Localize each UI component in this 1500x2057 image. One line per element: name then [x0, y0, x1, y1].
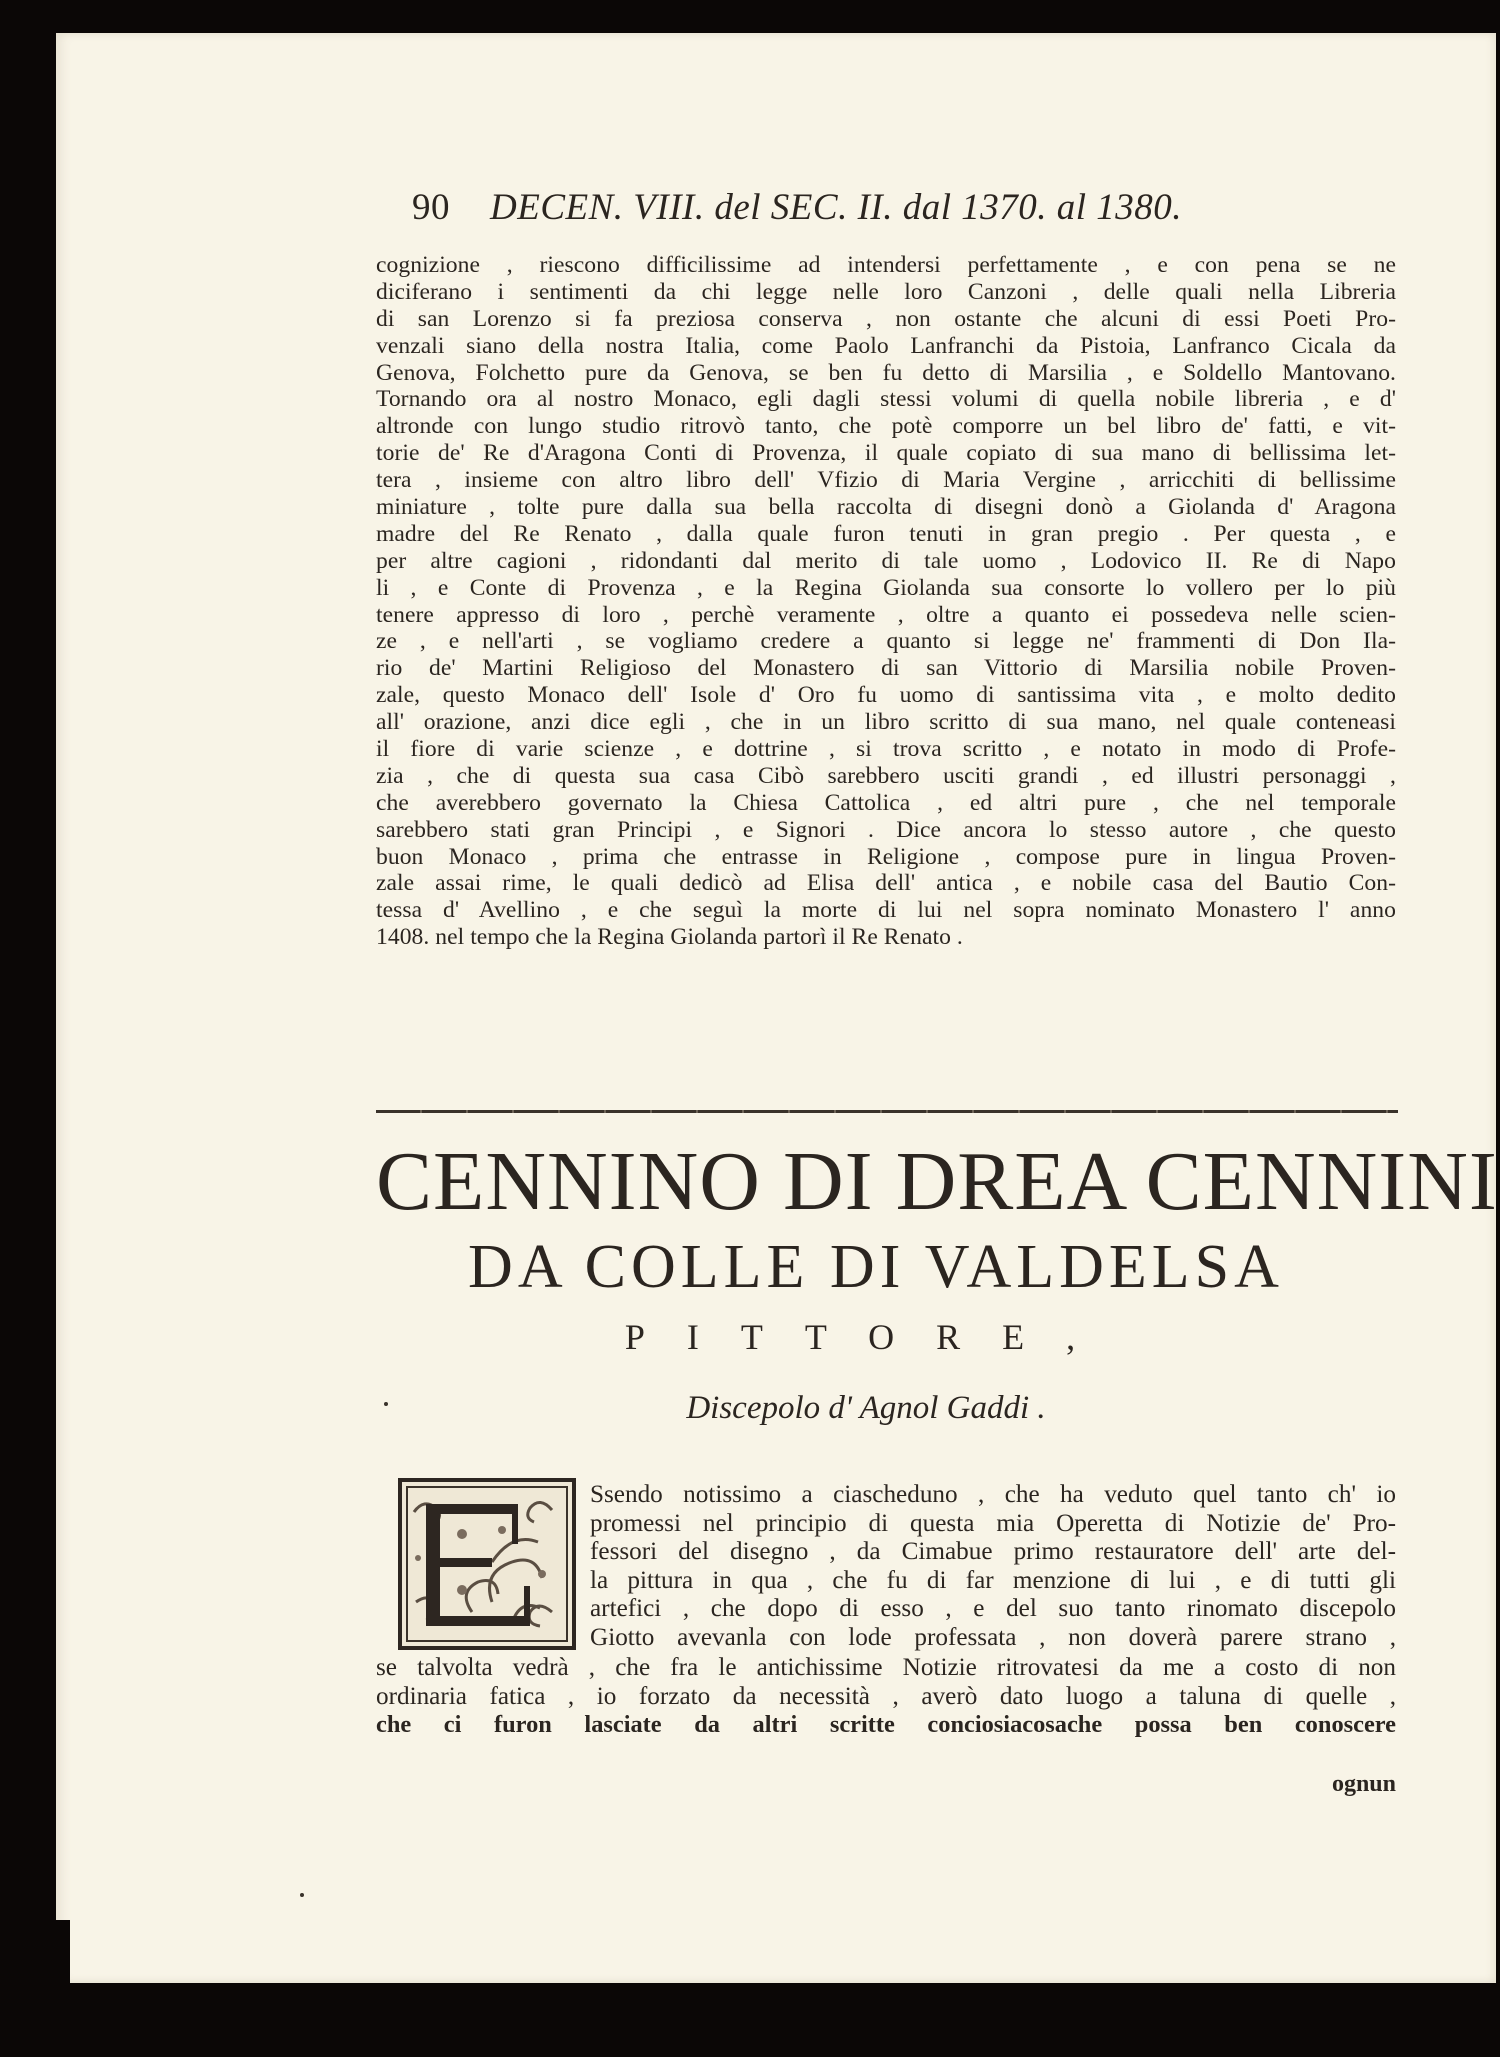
text-line: madre del Re Renato , dalla quale furon …: [376, 521, 1396, 548]
text-line: che averebbero governato la Chiesa Catto…: [376, 790, 1396, 817]
text-line: Ssendo notissimo a ciascheduno , che ha …: [590, 1481, 1396, 1510]
text-line: altronde con lungo studio ritrovò tanto,…: [376, 413, 1396, 440]
text-line: all' orazione, anzi dice egli , che in u…: [376, 709, 1396, 736]
text-line: che ci furon lasciate da altri scritte c…: [376, 1711, 1396, 1740]
text-line: cognizione , riescono difficilissime ad …: [376, 252, 1396, 279]
text-line: Tornando ora al nostro Monaco, egli dagl…: [376, 386, 1396, 413]
page-number: 90: [412, 187, 450, 228]
text-line: la pittura in qua , che fu di far menzio…: [590, 1567, 1396, 1596]
text-line: fessori del disegno , da Cimabue primo r…: [590, 1538, 1396, 1567]
text-line: ordinaria fatica , io forzato da necessi…: [376, 1683, 1396, 1712]
text-line: miniature , tolte pure dalla sua bella r…: [376, 494, 1396, 521]
running-head: 90DECEN. VIII. del SEC. II. dal 1370. al…: [412, 186, 1412, 236]
chapter-title-line-3: PITTORE,: [376, 1315, 1396, 1359]
chapter-title: CENNINO DI DREA CENNINI: [376, 1137, 1396, 1227]
text-line: il fiore di varie scienze , e dottrine ,…: [376, 736, 1396, 763]
chapter-paragraph: se talvolta vedrà , che fra le antichiss…: [376, 1654, 1396, 1740]
page-shadow-edge: [56, 1920, 70, 1990]
text-line: 1408. nel tempo che la Regina Giolanda p…: [376, 924, 1396, 951]
text-line: tessa d' Avellino , e che seguì la morte…: [376, 897, 1396, 924]
text-line: artefici , che dopo di esso , e del suo …: [590, 1595, 1396, 1624]
text-line: di san Lorenzo si fa preziosa conserva ,…: [376, 306, 1396, 333]
text-line: Genova, Folchetto pure da Genova, se ben…: [376, 360, 1396, 387]
ink-speck: [300, 1893, 304, 1897]
text-line: Giotto avevanla con lode professata , no…: [590, 1624, 1396, 1653]
text-line: zale assai rime, le quali dedicò ad Elis…: [376, 870, 1396, 897]
chapter-title-line-2: DA COLLE DI VALDELSA: [376, 1232, 1396, 1302]
text-line: per altre cagioni , ridondanti dal merit…: [376, 548, 1396, 575]
text-line: se talvolta vedrà , che fra le antichiss…: [376, 1654, 1396, 1683]
text-line: buon Monaco , prima che entrasse in Reli…: [376, 844, 1396, 871]
text-line: zale, questo Monaco dell' Isole d' Oro f…: [376, 682, 1396, 709]
section-divider-rule: [376, 1110, 1398, 1113]
text-line: diciferano i sentimenti da chi legge nel…: [376, 279, 1396, 306]
catchword: ognun: [1300, 1770, 1396, 1798]
chapter-paragraph-indented: Ssendo notissimo a ciascheduno , che ha …: [590, 1481, 1396, 1653]
text-line: ze , e nell'arti , se vogliamo credere a…: [376, 628, 1396, 655]
text-line: zia , che di questa sua casa Cibò sarebb…: [376, 763, 1396, 790]
ornamental-initial-e-icon: [398, 1478, 576, 1650]
running-head-title: DECEN. VIII. del SEC. II. dal 1370. al 1…: [490, 187, 1182, 228]
text-line: tenere appresso di loro , perchè veramen…: [376, 602, 1396, 629]
text-line: sarebbero stati gran Principi , e Signor…: [376, 817, 1396, 844]
continued-text-block: cognizione , riescono difficilissime ad …: [376, 252, 1396, 951]
text-line: promessi nel principio di questa mia Ope…: [590, 1510, 1396, 1539]
text-line: rio de' Martini Religioso del Monastero …: [376, 655, 1396, 682]
text-line: torie de' Re d'Aragona Conti di Provenza…: [376, 440, 1396, 467]
ink-speck: [384, 1402, 388, 1406]
text-line: tera , insieme con altro libro dell' Vfi…: [376, 467, 1396, 494]
chapter-subtitle: Discepolo d' Agnol Gaddi .: [376, 1388, 1396, 1428]
text-line: li , e Conte di Provenza , e la Regina G…: [376, 575, 1396, 602]
text-line: venzali siano della nostra Italia, come …: [376, 333, 1396, 360]
